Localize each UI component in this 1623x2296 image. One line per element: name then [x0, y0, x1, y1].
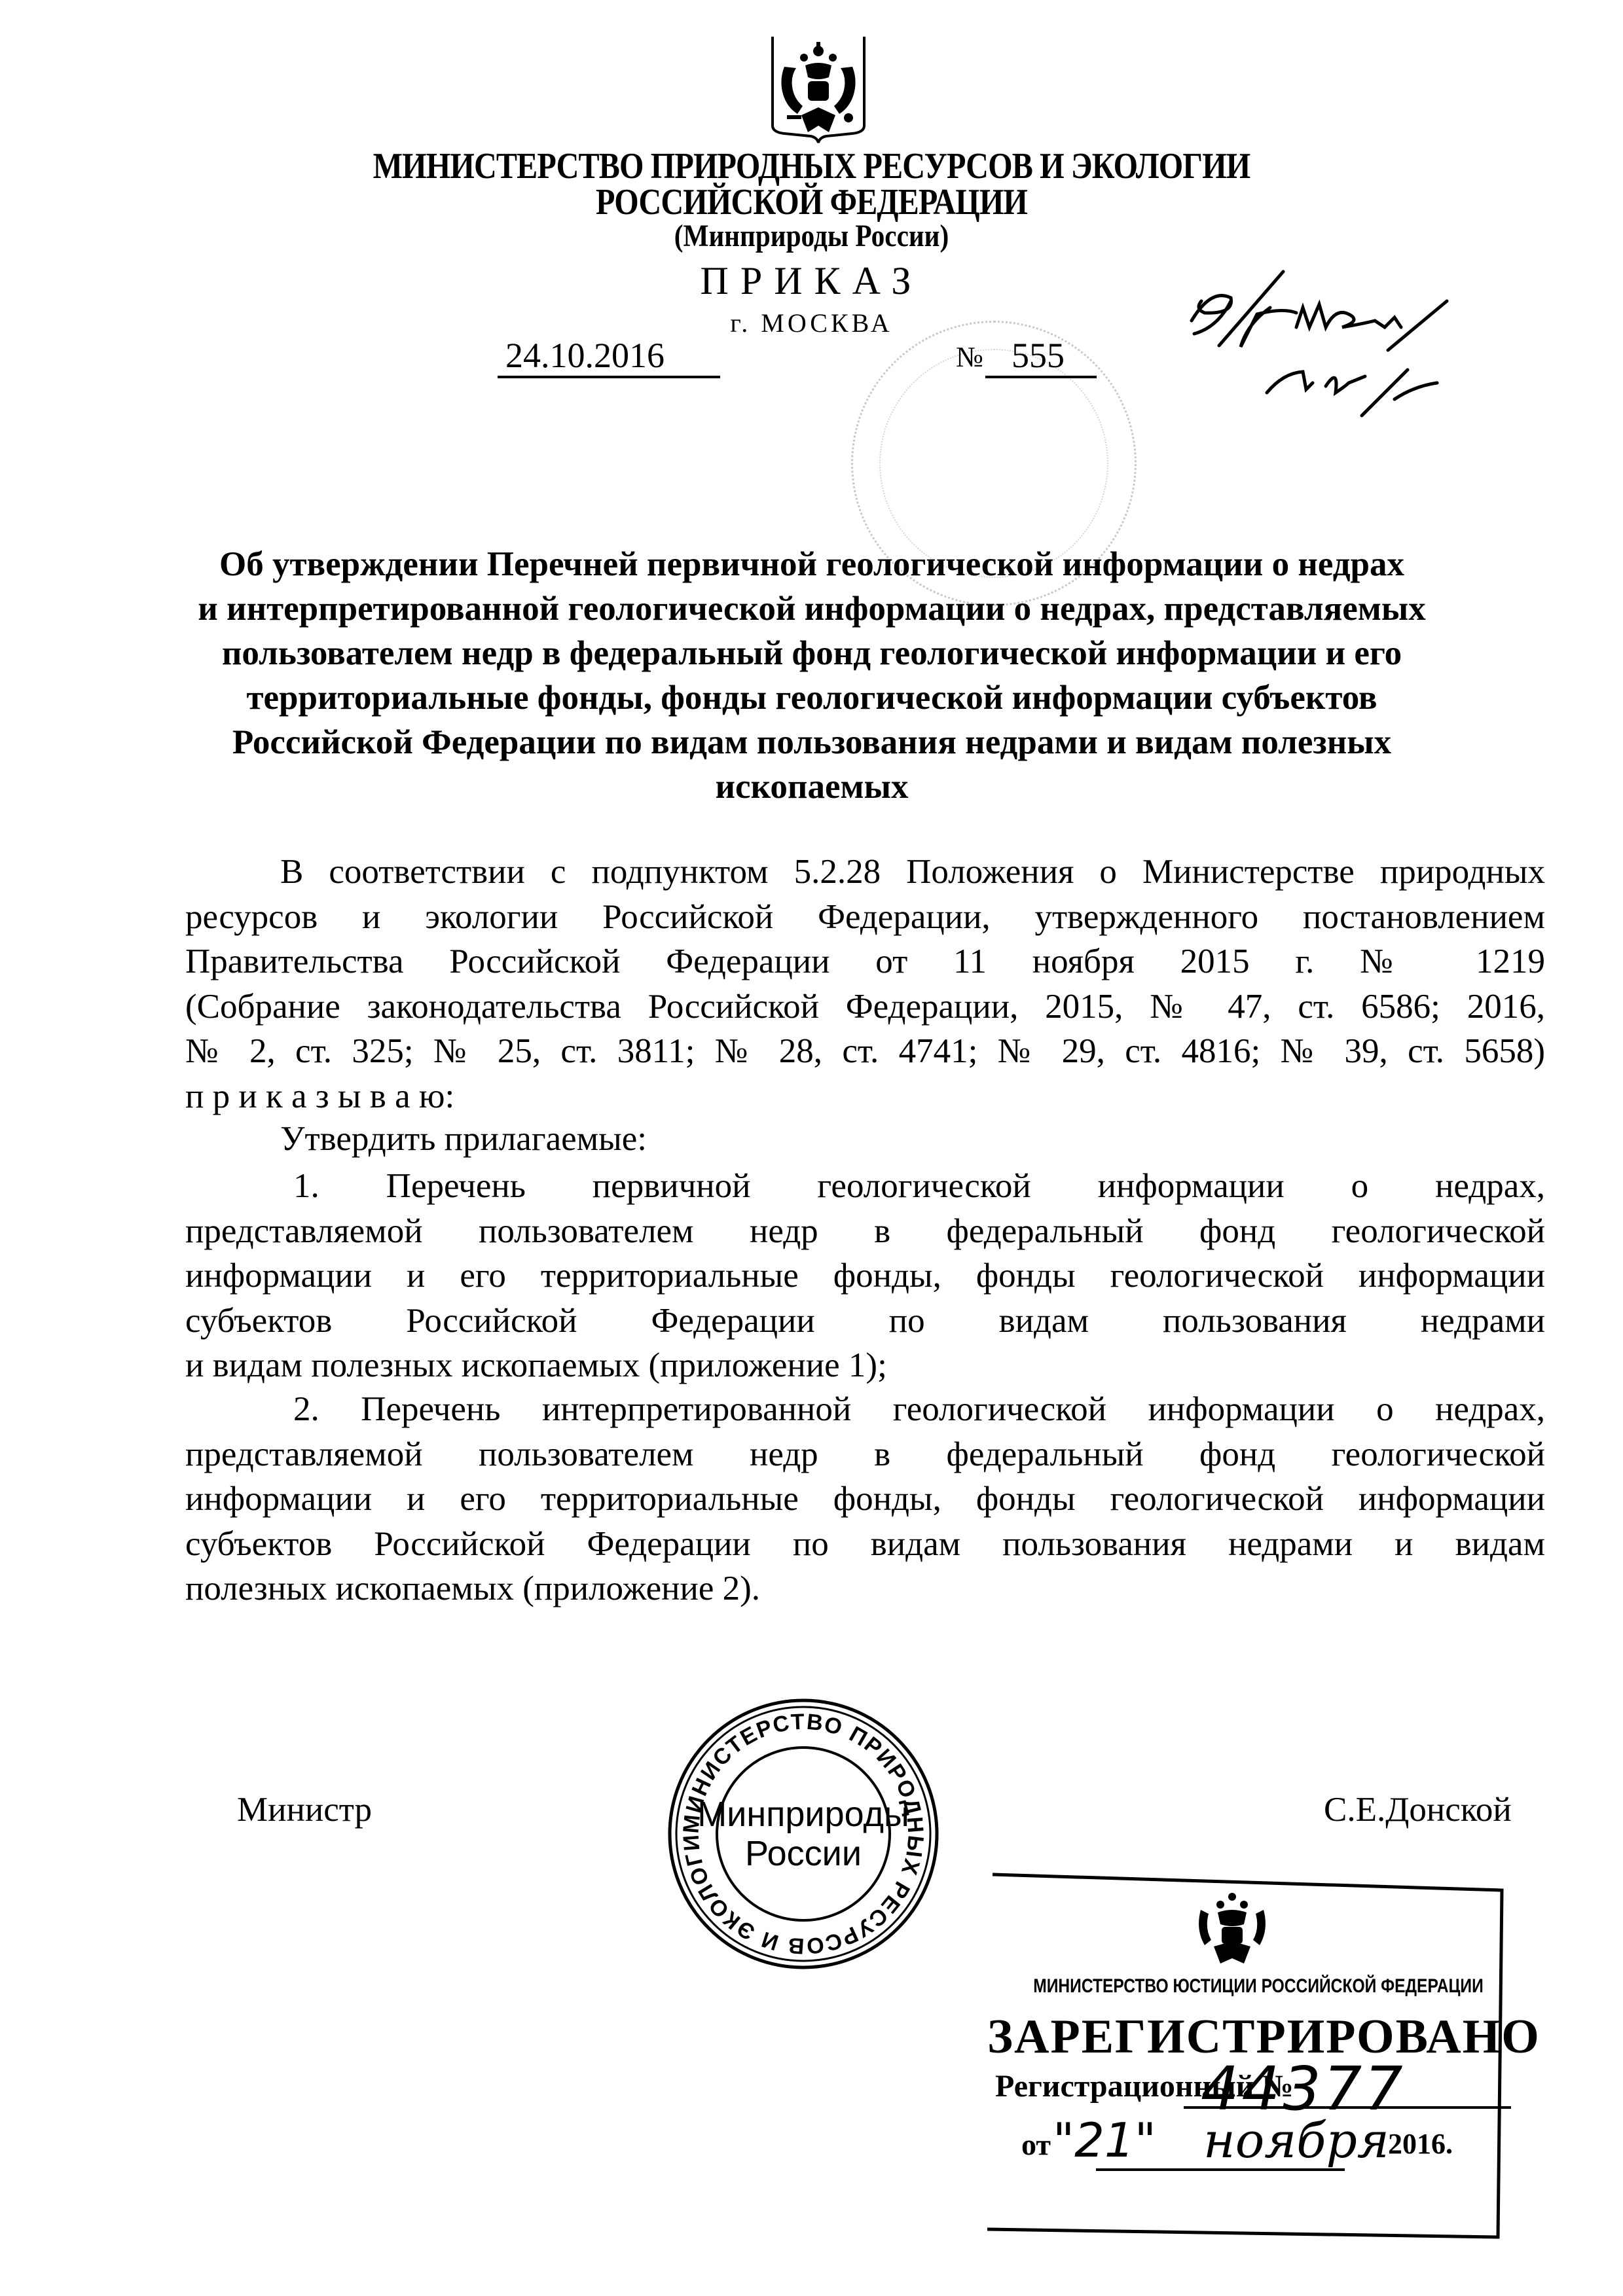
signatory-name: С.Е.Донской	[1324, 1790, 1512, 1829]
registration-date-label: от	[1021, 2127, 1051, 2162]
preamble-line: № 2, ст. 325; № 25, ст. 3811; № 28, ст. …	[185, 1029, 1545, 1074]
document-title: Об утверждении Перечней первичной геолог…	[196, 542, 1427, 809]
ministry-short-name: (Минприроды России)	[114, 218, 1510, 254]
russian-coat-of-arms-icon	[765, 34, 872, 144]
signatory-position: Министр	[237, 1790, 372, 1829]
title-line: Российской Федерации по видам пользовани…	[196, 720, 1427, 764]
item-line: представляемой пользователем недр в феде…	[185, 1209, 1545, 1254]
preamble-line: ресурсов и экологии Российской Федерации…	[185, 895, 1545, 940]
item-line: субъектов Российской Федерации по видам …	[185, 1522, 1545, 1567]
preamble-line: Правительства Российской Федерации от 11…	[185, 939, 1545, 984]
approved-item-2: 2. Перечень интерпретированной геологиче…	[185, 1387, 1545, 1611]
registration-month: ноября	[1203, 2113, 1389, 2169]
round-seal-center: Минприроды России	[666, 1697, 940, 1971]
order-date: 24.10.2016	[498, 335, 720, 378]
title-line: ископаемых	[196, 764, 1427, 809]
item-line: информации и его территориальные фонды, …	[185, 1253, 1545, 1299]
handwritten-note	[1165, 262, 1480, 419]
registration-year: 2016.	[1388, 2127, 1453, 2161]
preamble-paragraph: В соответствии с подпунктом 5.2.28 Полож…	[185, 850, 1545, 1119]
registration-date-underline	[1096, 2168, 1345, 2171]
order-verb: п р и к а з ы в а ю:	[185, 1074, 1545, 1119]
order-number: 555	[985, 335, 1097, 378]
registration-day: "21"	[1053, 2113, 1156, 2168]
item-line: 1. Перечень первичной геологической инфо…	[185, 1164, 1545, 1209]
title-line: Об утверждении Перечней первичной геолог…	[196, 542, 1427, 586]
seal-center-line1: Минприроды	[697, 1795, 909, 1834]
seal-center-line2: России	[745, 1834, 862, 1873]
item-line: субъектов Российской Федерации по видам …	[185, 1299, 1545, 1344]
registration-number-underline	[1184, 2106, 1511, 2109]
approved-item-1: 1. Перечень первичной геологической инфо…	[185, 1164, 1545, 1388]
russian-coat-of-arms-icon	[1194, 1890, 1270, 1969]
registration-stamp: МИНИСТЕРСТВО ЮСТИЦИИ РОССИЙСКОЙ ФЕДЕРАЦИ…	[987, 1871, 1506, 2240]
item-line: представляемой пользователем недр в феде…	[185, 1432, 1545, 1477]
item-line: информации и его территориальные фонды, …	[185, 1477, 1545, 1522]
ministry-name-line2: РОССИЙСКОЙ ФЕДЕРАЦИИ	[114, 181, 1510, 223]
order-number-label: №	[956, 340, 983, 374]
stamp-ministry-name: МИНИСТЕРСТВО ЮСТИЦИИ РОССИЙСКОЙ ФЕДЕРАЦИ…	[1033, 1975, 1452, 1998]
preamble-line: В соответствии с подпунктом 5.2.28 Полож…	[185, 850, 1545, 895]
preamble-line: (Собрание законодательства Российской Фе…	[185, 984, 1545, 1030]
item-line: и видам полезных ископаемых (приложение …	[185, 1343, 1545, 1388]
approve-label: Утвердить прилагаемые:	[280, 1119, 647, 1158]
coat-of-arms-emblem	[765, 34, 872, 144]
title-line: и интерпретированной геологической инфор…	[196, 586, 1427, 631]
title-line: пользователем недр в федеральный фонд ге…	[196, 631, 1427, 675]
item-line: 2. Перечень интерпретированной геологиче…	[185, 1387, 1545, 1432]
title-line: территориальные фонды, фонды геологическ…	[196, 675, 1427, 720]
item-line: полезных ископаемых (приложение 2).	[185, 1566, 1545, 1611]
